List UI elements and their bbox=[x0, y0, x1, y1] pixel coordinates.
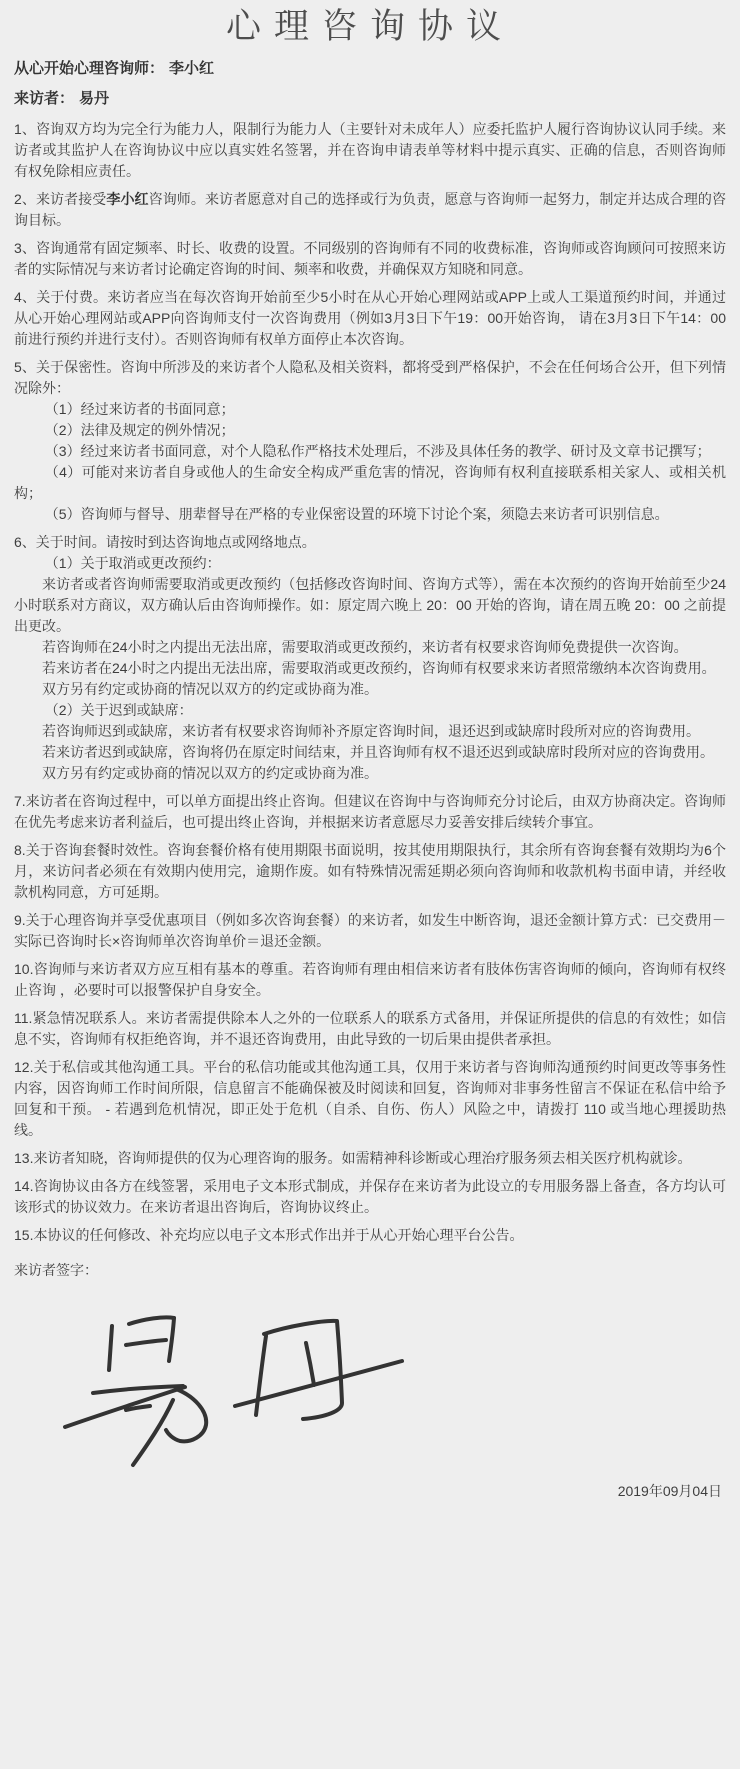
signature-stroke bbox=[256, 1336, 266, 1415]
clause-text: （3）经过来访者书面同意，对个人隐私作严格技术处理后，不涉及具体任务的教学、研讨… bbox=[45, 443, 711, 459]
visitor-signature bbox=[30, 1283, 470, 1487]
counselor-label: 从心开始心理咨询师： bbox=[14, 60, 164, 77]
clause-text: （1）经过来访者的书面同意； bbox=[45, 401, 235, 417]
clause-paragraph: （1）经过来访者的书面同意； bbox=[14, 399, 726, 420]
clause-paragraph: 若咨询师迟到或缺席，来访者有权要求咨询师补齐原定咨询时间，退还迟到或缺席时段所对… bbox=[14, 721, 726, 742]
signature-stroke bbox=[65, 1387, 185, 1427]
clause-text: 9.关于心理咨询并享受优惠项目（例如多次咨询套餐）的来访者，如发生中断咨询，退还… bbox=[14, 912, 726, 949]
signature-label: 来访者签字： bbox=[14, 1260, 726, 1281]
clause-text: 12.关于私信或其他沟通工具。平台的私信功能或其他沟通工具，仅用于来访者与咨询师… bbox=[14, 1059, 726, 1138]
clause-paragraph: 6、关于时间。请按时到达咨询地点或网络地点。 bbox=[14, 532, 726, 553]
clause-bold-text: 李小红 bbox=[106, 191, 148, 207]
clause-paragraph: 15.本协议的任何修改、补充均应以电子文本形式作出并于从心开始心理平台公告。 bbox=[14, 1225, 726, 1246]
clause-text: 双方另有约定或协商的情况以双方的约定或协商为准。 bbox=[42, 681, 378, 697]
clause-text: 3、咨询通常有固定频率、时长、收费的设置。不同级别的咨询师有不同的收费标准，咨询… bbox=[14, 240, 726, 277]
page-title: 心理咨询协议 bbox=[14, 0, 726, 49]
clause-text: 若咨询师迟到或缺席，来访者有权要求咨询师补齐原定咨询时间，退还迟到或缺席时段所对… bbox=[42, 723, 700, 739]
clause-paragraph: 14.咨询协议由各方在线签署，采用电子文本形式制成，并保存在来访者为此设立的专用… bbox=[14, 1176, 726, 1218]
clause-text: 14.咨询协议由各方在线签署，采用电子文本形式制成，并保存在来访者为此设立的专用… bbox=[14, 1178, 726, 1215]
clause-text: 5、关于保密性。咨询中所涉及的来访者个人隐私及相关资料，都将受到严格保护，不会在… bbox=[14, 359, 726, 396]
counselor-name: 李小红 bbox=[169, 60, 214, 77]
clause-paragraph: 若来访者在24小时之内提出无法出席，需要取消或更改预约，咨询师有权要求来访者照常… bbox=[14, 658, 726, 679]
clause-text: （2）关于迟到或缺席： bbox=[45, 702, 193, 718]
clause-paragraph: （1）关于取消或更改预约： bbox=[14, 553, 726, 574]
clause-text: （2）法律及规定的例外情况； bbox=[45, 422, 235, 438]
clause-text: 7.来访者在咨询过程中，可以单方面提出终止咨询。但建议在咨询中与咨询师充分讨论后… bbox=[14, 793, 726, 830]
clause-paragraph: 2、来访者接受李小红咨询师。来访者愿意对自己的选择或行为负责，愿意与咨询师一起努… bbox=[14, 189, 726, 231]
clause-paragraph: 1、咨询双方均为完全行为能力人，限制行为能力人（主要针对未成年人）应委托监护人履… bbox=[14, 119, 726, 182]
clause-text: （4）可能对来访者自身或他人的生命安全构成严重危害的情况，咨询师有权利直接联系相… bbox=[14, 464, 726, 501]
clause-text: （1）关于取消或更改预约： bbox=[45, 555, 221, 571]
clause-text: 6、关于时间。请按时到达咨询地点或网络地点。 bbox=[14, 534, 316, 550]
clause-text: 若来访者迟到或缺席，咨询将仍在原定时间结束，并且咨询师有权不退还迟到或缺席时段所… bbox=[42, 744, 714, 760]
clause-paragraph: 5、关于保密性。咨询中所涉及的来访者个人隐私及相关资料，都将受到严格保护，不会在… bbox=[14, 357, 726, 399]
clause-paragraph: 8.关于咨询套餐时效性。咨询套餐价格有使用期限书面说明，按其使用期限执行，其余所… bbox=[14, 840, 726, 903]
counselor-line: 从心开始心理咨询师：李小红 bbox=[14, 58, 726, 79]
signature-stroke bbox=[129, 1317, 174, 1324]
clause-paragraph: 来访者或者咨询师需要取消或更改预约（包括修改咨询时间、咨询方式等），需在本次预约… bbox=[14, 574, 726, 637]
signature-stroke bbox=[126, 1340, 166, 1345]
clause-text: 若咨询师在24小时之内提出无法出席，需要取消或更改预约，来访者有权要求咨询师免费… bbox=[42, 639, 688, 655]
clause-paragraph: 7.来访者在咨询过程中，可以单方面提出终止咨询。但建议在咨询中与咨询师充分讨论后… bbox=[14, 791, 726, 833]
clause-text: 来访者或者咨询师需要取消或更改预约（包括修改咨询时间、咨询方式等），需在本次预约… bbox=[14, 576, 726, 634]
clause-paragraph: 10.咨询师与来访者双方应互相有基本的尊重。若咨询师有理由相信来访者有肢体伤害咨… bbox=[14, 959, 726, 1001]
clause-text: 11.紧急情况联系人。来访者需提供除本人之外的一位联系人的联系方式备用，并保证所… bbox=[14, 1010, 726, 1047]
clause-paragraph: （5）咨询师与督导、朋辈督导在严格的专业保密设置的环境下讨论个案，须隐去来访者可… bbox=[14, 504, 726, 525]
clause-paragraph: （3）经过来访者书面同意，对个人隐私作严格技术处理后，不涉及具体任务的教学、研讨… bbox=[14, 441, 726, 462]
signature-stroke bbox=[166, 1389, 206, 1441]
signature-stroke bbox=[306, 1343, 314, 1385]
clause-paragraph: （2）关于迟到或缺席： bbox=[14, 700, 726, 721]
clause-text: 10.咨询师与来访者双方应互相有基本的尊重。若咨询师有理由相信来访者有肢体伤害咨… bbox=[14, 961, 726, 998]
clause-list: 1、咨询双方均为完全行为能力人，限制行为能力人（主要针对未成年人）应委托监护人履… bbox=[14, 119, 726, 1246]
clause-paragraph: （4）可能对来访者自身或他人的生命安全构成严重危害的情况，咨询师有权利直接联系相… bbox=[14, 462, 726, 504]
clause-paragraph: （2）法律及规定的例外情况； bbox=[14, 420, 726, 441]
clause-text: 13.来访者知晓，咨询师提供的仅为心理咨询的服务。如需精神科诊断或心理治疗服务须… bbox=[14, 1150, 691, 1166]
signature-stroke bbox=[264, 1321, 342, 1419]
signature-stroke bbox=[109, 1326, 112, 1370]
visitor-label: 来访者： bbox=[14, 90, 74, 107]
clause-paragraph: 11.紧急情况联系人。来访者需提供除本人之外的一位联系人的联系方式备用，并保证所… bbox=[14, 1008, 726, 1050]
clause-text: 1、咨询双方均为完全行为能力人，限制行为能力人（主要针对未成年人）应委托监护人履… bbox=[14, 121, 726, 179]
clause-text: 15.本协议的任何修改、补充均应以电子文本形式作出并于从心开始心理平台公告。 bbox=[14, 1227, 523, 1243]
clause-text: 2、来访者接受 bbox=[14, 191, 106, 207]
clause-paragraph: 3、咨询通常有固定频率、时长、收费的设置。不同级别的咨询师有不同的收费标准，咨询… bbox=[14, 238, 726, 280]
clause-paragraph: 13.来访者知晓，咨询师提供的仅为心理咨询的服务。如需精神科诊断或心理治疗服务须… bbox=[14, 1148, 726, 1169]
clause-paragraph: 若咨询师在24小时之内提出无法出席，需要取消或更改预约，来访者有权要求咨询师免费… bbox=[14, 637, 726, 658]
clause-paragraph: 若来访者迟到或缺席，咨询将仍在原定时间结束，并且咨询师有权不退还迟到或缺席时段所… bbox=[14, 742, 726, 763]
agreement-date: 2019年09月04日 bbox=[14, 1481, 722, 1502]
clause-text: 若来访者在24小时之内提出无法出席，需要取消或更改预约，咨询师有权要求来访者照常… bbox=[42, 660, 716, 676]
clause-text: （5）咨询师与督导、朋辈督导在严格的专业保密设置的环境下讨论个案，须隐去来访者可… bbox=[45, 506, 669, 522]
clause-paragraph: 双方另有约定或协商的情况以双方的约定或协商为准。 bbox=[14, 679, 726, 700]
clause-paragraph: 9.关于心理咨询并享受优惠项目（例如多次咨询套餐）的来访者，如发生中断咨询，退还… bbox=[14, 910, 726, 952]
clause-paragraph: 4、关于付费。来访者应当在每次咨询开始前至少5小时在从心开始心理网站或APP上或… bbox=[14, 287, 726, 350]
signature-stroke bbox=[169, 1318, 174, 1361]
visitor-line: 来访者：易丹 bbox=[14, 88, 726, 109]
clause-paragraph: 双方另有约定或协商的情况以双方的约定或协商为准。 bbox=[14, 763, 726, 784]
clause-text: 双方另有约定或协商的情况以双方的约定或协商为准。 bbox=[42, 765, 378, 781]
clause-text: 8.关于咨询套餐时效性。咨询套餐价格有使用期限书面说明，按其使用期限执行，其余所… bbox=[14, 842, 726, 900]
clause-text: 4、关于付费。来访者应当在每次咨询开始前至少5小时在从心开始心理网站或APP上或… bbox=[14, 289, 726, 347]
clause-paragraph: 12.关于私信或其他沟通工具。平台的私信功能或其他沟通工具，仅用于来访者与咨询师… bbox=[14, 1057, 726, 1141]
agreement-page: 心理咨询协议 从心开始心理咨询师：李小红 来访者：易丹 1、咨询双方均为完全行为… bbox=[0, 0, 740, 1769]
visitor-name: 易丹 bbox=[79, 90, 109, 107]
